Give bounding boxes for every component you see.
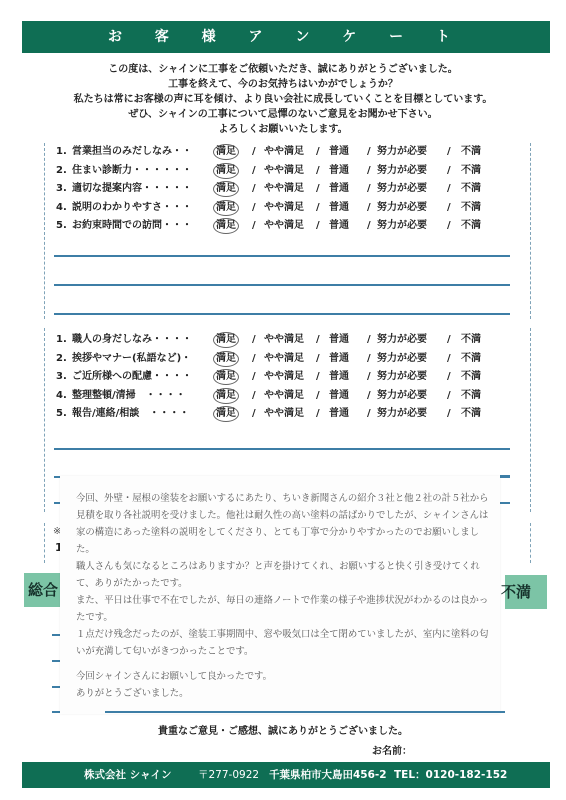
rating-option[interactable]: 普通 (329, 405, 349, 423)
rating-option[interactable]: 普通 (329, 162, 349, 180)
footer-tel: TEL：0120-182-152 (394, 762, 507, 788)
footer-address: 千葉県柏市大島田456-2 (269, 762, 387, 788)
rating-option[interactable]: 普通 (329, 180, 349, 198)
rating-option[interactable]: やや満足 (264, 217, 304, 235)
option-separator: / (447, 180, 451, 198)
rating-option[interactable]: 不満 (461, 217, 481, 235)
intro-line: 工事を終えて、今のお気持ちはいかがでしょうか？ (0, 77, 566, 92)
rating-option[interactable]: やや満足 (264, 199, 304, 217)
overall-rating-tab-right: 不満 (505, 575, 547, 609)
rating-option-selected[interactable]: 満足 (213, 163, 239, 179)
option-separator: / (316, 331, 320, 349)
question-number: 3. (56, 180, 70, 198)
question-number: 2. (56, 350, 70, 368)
comment-line[interactable] (105, 711, 505, 713)
rating-option-selected[interactable]: 満足 (213, 181, 239, 197)
question-row: 4.整理整頓/清掃 ・・・・満足/やや満足/普通/努力が必要/不満 (56, 387, 506, 405)
option-separator: / (367, 331, 371, 349)
option-separator: / (447, 331, 451, 349)
option-separator: / (447, 350, 451, 368)
comment-paragraph: ありがとうございました。 (76, 685, 490, 702)
option-separator: / (367, 199, 371, 217)
option-separator: / (367, 387, 371, 405)
option-separator: / (367, 368, 371, 386)
question-row: 5.お約束時間での訪問・・・満足/やや満足/普通/努力が必要/不満 (56, 217, 506, 235)
option-separator: / (367, 405, 371, 423)
rating-option-selected[interactable]: 満足 (213, 200, 239, 216)
rating-option[interactable]: 努力が必要 (377, 162, 427, 180)
intro-line: よろしくお願いいたします。 (0, 122, 566, 137)
option-separator: / (316, 162, 320, 180)
option-separator: / (367, 217, 371, 235)
option-separator: / (316, 350, 320, 368)
question-label: 整理整頓/清掃 ・・・・ (72, 387, 186, 405)
question-label: 職人の身だしなみ・・・・ (72, 331, 192, 349)
rating-option[interactable]: やや満足 (264, 405, 304, 423)
customer-comment-note: 今回、外壁・屋根の塗装をお願いするにあたり、ちいき新聞さんの紹介３社と他２社の計… (60, 476, 500, 714)
rating-option[interactable]: 不満 (461, 405, 481, 423)
rating-option[interactable]: 努力が必要 (377, 350, 427, 368)
comment-line[interactable] (54, 313, 510, 315)
footer-company: 株式会社 シャイン (84, 762, 171, 788)
question-row: 4.説明のわかりやすさ・・・満足/やや満足/普通/努力が必要/不満 (56, 199, 506, 217)
question-number: 2. (56, 162, 70, 180)
intro-line: この度は、シャインに工事をご依頼いただき、誠にありがとうございました。 (0, 62, 566, 77)
rating-option[interactable]: 普通 (329, 217, 349, 235)
option-separator: / (252, 217, 256, 235)
rating-option[interactable]: 努力が必要 (377, 217, 427, 235)
comment-paragraph: １点だけ残念だったのが、塗装工事期間中、窓や吸気口は全て閉めていましたが、室内に… (76, 626, 490, 660)
rating-option[interactable]: 普通 (329, 199, 349, 217)
option-separator: / (316, 405, 320, 423)
option-separator: / (316, 217, 320, 235)
question-row: 1.営業担当のみだしなみ・・満足/やや満足/普通/努力が必要/不満 (56, 143, 506, 161)
comment-line-edge (500, 475, 510, 477)
question-label: 挨拶やマナー(私語など)・ (72, 350, 191, 368)
option-separator: / (252, 162, 256, 180)
rating-option-selected[interactable]: 満足 (213, 218, 239, 234)
footer-bar: 株式会社 シャイン 〒277-0922 千葉県柏市大島田456-2 TEL：01… (22, 762, 550, 788)
rating-option-selected[interactable]: 満足 (213, 144, 239, 160)
option-separator: / (316, 368, 320, 386)
option-separator: / (316, 199, 320, 217)
intro-line: 私たちは常にお客様の声に耳を傾け、より良い会社に成長していくことを目標としていま… (0, 92, 566, 107)
option-separator: / (252, 350, 256, 368)
option-separator: / (447, 387, 451, 405)
rating-option-selected[interactable]: 満足 (213, 369, 239, 385)
comment-line-edge (500, 502, 510, 504)
name-field-label: お名前： (372, 742, 412, 757)
rating-option[interactable]: 努力が必要 (377, 368, 427, 386)
comment-paragraph: 今回、外壁・屋根の塗装をお願いするにあたり、ちいき新聞さんの紹介３社と他２社の計… (76, 490, 490, 558)
option-separator: / (367, 162, 371, 180)
option-separator: / (252, 368, 256, 386)
rating-option[interactable]: 不満 (461, 350, 481, 368)
rating-option[interactable]: やや満足 (264, 143, 304, 161)
question-number: 5. (56, 217, 70, 235)
option-separator: / (367, 143, 371, 161)
comment-paragraph: また、平日は仕事で不在でしたが、毎日の連絡ノートで作業の様子や進捗状況がわかるの… (76, 592, 490, 626)
question-row: 2.挨拶やマナー(私語など)・満足/やや満足/普通/努力が必要/不満 (56, 350, 506, 368)
rating-option[interactable]: 努力が必要 (377, 405, 427, 423)
rating-option[interactable]: 努力が必要 (377, 180, 427, 198)
question-number: 3. (56, 368, 70, 386)
question-number: 5. (56, 405, 70, 423)
question-label: 適切な提案内容・・・・・ (72, 180, 192, 198)
option-separator: / (367, 180, 371, 198)
rating-option[interactable]: 不満 (461, 180, 481, 198)
overall-unsatisfied-label: 不満 (501, 583, 531, 601)
question-row: 3.ご近所様への配慮・・・・満足/やや満足/普通/努力が必要/不満 (56, 368, 506, 386)
option-separator: / (447, 217, 451, 235)
rating-option[interactable]: 不満 (461, 331, 481, 349)
comment-line[interactable] (54, 255, 510, 257)
question-number: 1. (56, 143, 70, 161)
option-separator: / (447, 162, 451, 180)
intro-line: ぜひ、シャインの工事について忌憚のないご意見をお聞かせ下さい。 (0, 107, 566, 122)
question-label: お約束時間での訪問・・・ (72, 217, 192, 235)
name-field[interactable] (420, 740, 540, 756)
option-separator: / (447, 143, 451, 161)
rating-option-selected[interactable]: 満足 (213, 351, 239, 367)
question-label: 報告/連絡/相談 ・・・・ (72, 405, 189, 423)
rating-option[interactable]: 普通 (329, 387, 349, 405)
question-row: 3.適切な提案内容・・・・・満足/やや満足/普通/努力が必要/不満 (56, 180, 506, 198)
survey-title-bar: お 客 様 ア ン ケ ー ト (22, 21, 550, 53)
option-separator: / (252, 199, 256, 217)
question-number: 4. (56, 387, 70, 405)
question-label: 営業担当のみだしなみ・・ (72, 143, 192, 161)
option-separator: / (252, 180, 256, 198)
rating-option[interactable]: 努力が必要 (377, 199, 427, 217)
rating-option[interactable]: 不満 (461, 387, 481, 405)
question-row: 5.報告/連絡/相談 ・・・・満足/やや満足/普通/努力が必要/不満 (56, 405, 506, 423)
intro-text: この度は、シャインに工事をご依頼いただき、誠にありがとうございました。 工事を終… (0, 62, 566, 137)
comment-line[interactable] (54, 284, 510, 286)
rating-option[interactable]: やや満足 (264, 368, 304, 386)
comment-paragraph: 今回シャインさんにお願いして良かったです。 (76, 668, 490, 685)
rating-option[interactable]: 普通 (329, 331, 349, 349)
rating-option[interactable]: 普通 (329, 350, 349, 368)
rating-option[interactable]: 不満 (461, 143, 481, 161)
option-separator: / (252, 143, 256, 161)
option-separator: / (252, 387, 256, 405)
rating-option[interactable]: 不満 (461, 199, 481, 217)
comment-paragraph: 職人さんも気になるところはありますか？と声を掛けてくれ、お願いすると快く引き受け… (76, 558, 490, 592)
question-label: 住まい診断力・・・・・・ (72, 162, 192, 180)
rating-option[interactable]: 普通 (329, 368, 349, 386)
footer-postal: 〒277-0922 (198, 762, 259, 788)
option-separator: / (316, 387, 320, 405)
rating-option[interactable]: 不満 (461, 162, 481, 180)
rating-option[interactable]: 不満 (461, 368, 481, 386)
comment-paragraph (76, 660, 490, 668)
option-separator: / (252, 405, 256, 423)
option-separator: / (316, 143, 320, 161)
rating-option[interactable]: 努力が必要 (377, 387, 427, 405)
comment-line[interactable] (54, 448, 510, 450)
option-separator: / (447, 405, 451, 423)
option-separator: / (316, 180, 320, 198)
question-number: 4. (56, 199, 70, 217)
closing-thanks: 貴重なご意見・ご感想、誠にありがとうございました。 (0, 722, 566, 737)
overall-label: 総合 (28, 581, 58, 599)
question-row: 2.住まい診断力・・・・・・満足/やや満足/普通/努力が必要/不満 (56, 162, 506, 180)
rating-option[interactable]: 努力が必要 (377, 143, 427, 161)
question-number: 1. (56, 331, 70, 349)
option-separator: / (252, 331, 256, 349)
option-separator: / (447, 368, 451, 386)
rating-option[interactable]: やや満足 (264, 387, 304, 405)
rating-option-selected[interactable]: 満足 (213, 388, 239, 404)
rating-option-selected[interactable]: 満足 (213, 332, 239, 348)
rating-option[interactable]: 普通 (329, 143, 349, 161)
option-separator: / (367, 350, 371, 368)
rating-option[interactable]: やや満足 (264, 180, 304, 198)
rating-option[interactable]: 努力が必要 (377, 331, 427, 349)
survey-title: お 客 様 ア ン ケ ー ト (108, 29, 464, 45)
rating-option[interactable]: やや満足 (264, 331, 304, 349)
question-label: ご近所様への配慮・・・・ (72, 368, 192, 386)
rating-option[interactable]: やや満足 (264, 350, 304, 368)
question-row: 1.職人の身だしなみ・・・・満足/やや満足/普通/努力が必要/不満 (56, 331, 506, 349)
rating-option-selected[interactable]: 満足 (213, 406, 239, 422)
rating-option[interactable]: やや満足 (264, 162, 304, 180)
option-separator: / (447, 199, 451, 217)
question-label: 説明のわかりやすさ・・・ (72, 199, 192, 217)
